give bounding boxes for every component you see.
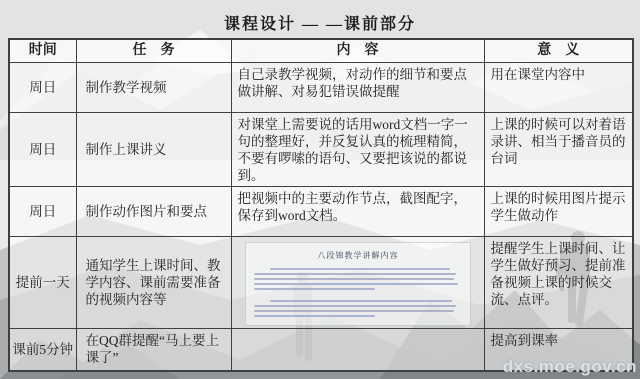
cell-content: 对课堂上需要说的话用word文档一字一句的整理好，并反复认真的梳理精简，不要有啰… bbox=[231, 112, 484, 186]
cell-content: 自己录教学视频，对动作的细节和要点做讲解、对易犯错误做提醒 bbox=[231, 62, 484, 112]
cell-content: 把视频中的主要动作节点，截图配字，保存到word文档。 bbox=[231, 186, 484, 236]
cell-meaning: 提醒学生上课时间、让学生做好预习、提前准备视频上课的时候交流、点评。 bbox=[484, 236, 633, 328]
col-header-meaning: 意 义 bbox=[484, 39, 633, 62]
cell-time: 课前5分钟 bbox=[9, 328, 76, 371]
embedded-doc-thumbnail: 八段锦教学讲解内容 bbox=[245, 242, 472, 326]
cell-time: 周日 bbox=[9, 186, 76, 236]
table-row: 周日 制作教学视频 自己录教学视频，对动作的细节和要点做讲解、对易犯错误做提醒 … bbox=[9, 62, 633, 112]
cell-task: 制作动作图片和要点 bbox=[76, 186, 231, 236]
doc-text-line bbox=[254, 310, 454, 312]
table-row: 周日 制作上课讲义 对课堂上需要说的话用word文档一字一句的整理好，并反复认真… bbox=[9, 112, 633, 186]
embedded-doc-title: 八段锦教学讲解内容 bbox=[254, 247, 463, 264]
doc-text-line bbox=[254, 273, 456, 275]
col-header-content: 内 容 bbox=[231, 39, 484, 62]
cell-time: 周日 bbox=[9, 62, 76, 112]
doc-text-line bbox=[254, 305, 456, 307]
cell-meaning: 上课的时候可以对着语录讲、相当于播音员的台词 bbox=[484, 112, 633, 186]
col-header-task: 任 务 bbox=[76, 39, 231, 62]
table-row: 提前一天 通知学生上课时间、教学内容、课前需要准备的视频内容等 八段锦教学讲解内… bbox=[9, 236, 633, 328]
table-row: 周日 制作动作图片和要点 把视频中的主要动作节点，截图配字，保存到word文档。… bbox=[9, 186, 633, 236]
cell-task: 在QQ群提醒“马上要上课了” bbox=[76, 328, 231, 371]
cell-task: 通知学生上课时间、教学内容、课前需要准备的视频内容等 bbox=[76, 236, 231, 328]
doc-text-line bbox=[254, 278, 454, 280]
cell-time: 周日 bbox=[9, 112, 76, 186]
cell-task: 制作教学视频 bbox=[76, 62, 231, 112]
doc-text-line bbox=[254, 315, 375, 317]
doc-text-line bbox=[270, 268, 449, 270]
course-plan-table: 时间 任 务 内 容 意 义 周日 制作教学视频 自己录教学视频，对动作的细节和… bbox=[8, 38, 634, 372]
cell-meaning: 用在课堂内容中 bbox=[484, 62, 633, 112]
cell-meaning: 上课的时候用图片提示学生做动作 bbox=[484, 186, 633, 236]
page-title: 课程设计 — —课前部分 bbox=[0, 0, 640, 38]
watermark: dxs.moe.gov.cn bbox=[503, 357, 637, 377]
header-row: 时间 任 务 内 容 意 义 bbox=[9, 39, 633, 62]
doc-text-line bbox=[254, 283, 458, 285]
cell-time: 提前一天 bbox=[9, 236, 76, 328]
cell-content bbox=[231, 328, 484, 371]
cell-task: 制作上课讲义 bbox=[76, 112, 231, 186]
col-header-time: 时间 bbox=[9, 39, 76, 62]
doc-text-line bbox=[270, 300, 451, 302]
doc-text-line bbox=[254, 288, 375, 290]
cell-content: 八段锦教学讲解内容 bbox=[231, 236, 484, 328]
